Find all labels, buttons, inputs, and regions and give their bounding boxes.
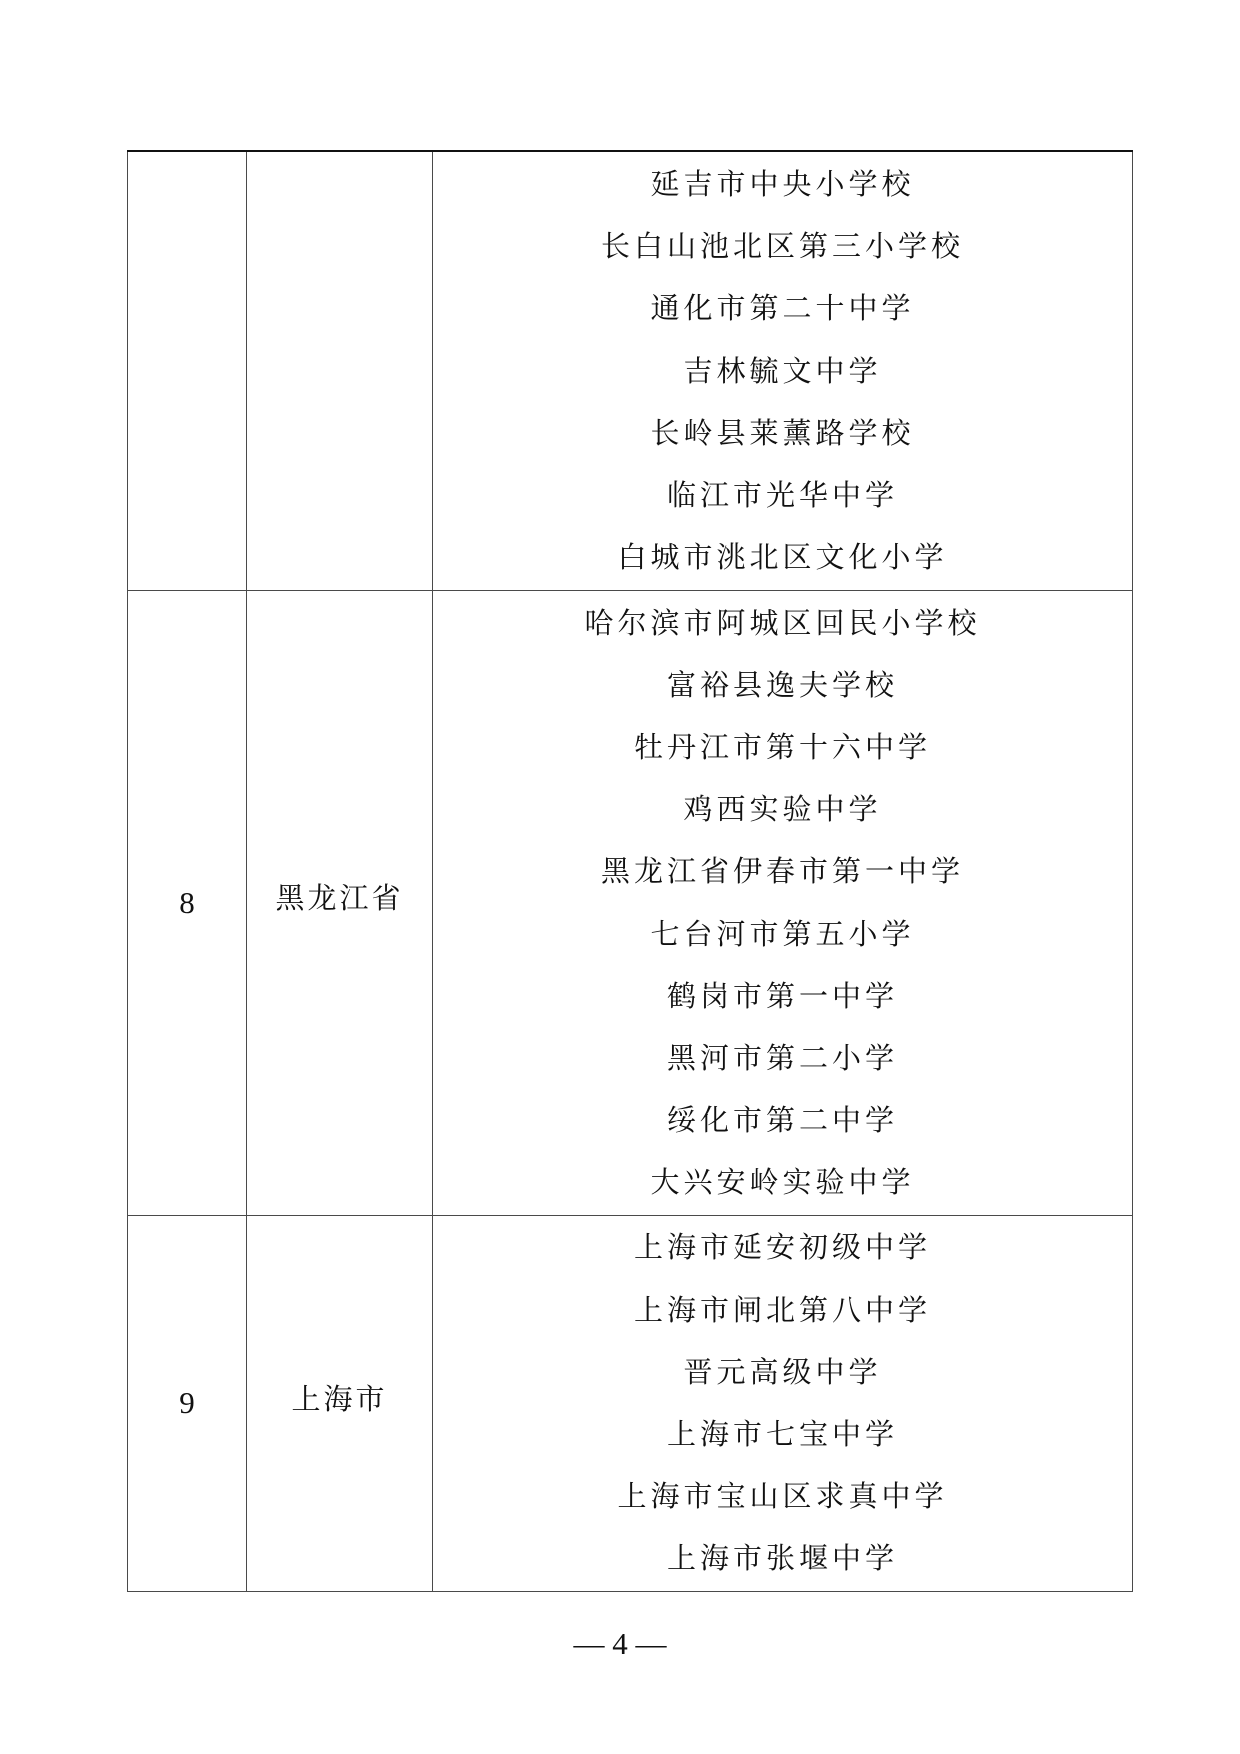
school-name: 上海市七宝中学 [433, 1403, 1132, 1465]
table-row: 9 上海市 上海市延安初级中学 上海市闸北第八中学 晋元高级中学 上海市七宝中学… [128, 1215, 1133, 1591]
school-name: 上海市宝山区求真中学 [433, 1465, 1132, 1527]
school-name: 上海市张堰中学 [433, 1527, 1132, 1589]
school-name: 七台河市第五小学 [433, 903, 1132, 965]
table-row: 8 黑龙江省 哈尔滨市阿城区回民小学校 富裕县逸夫学校 牡丹江市第十六中学 鸡西… [128, 590, 1133, 1215]
school-name: 上海市延安初级中学 [433, 1216, 1132, 1278]
index-cell [128, 151, 247, 590]
page-number: — 4 — [0, 1626, 1240, 1662]
schools-cell: 哈尔滨市阿城区回民小学校 富裕县逸夫学校 牡丹江市第十六中学 鸡西实验中学 黑龙… [433, 590, 1133, 1215]
province-cell: 上海市 [247, 1215, 433, 1591]
school-name: 鹤岗市第一中学 [433, 965, 1132, 1027]
school-name: 鸡西实验中学 [433, 778, 1132, 840]
school-name: 通化市第二十中学 [433, 277, 1132, 339]
school-name: 黑河市第二小学 [433, 1027, 1132, 1089]
school-name: 大兴安岭实验中学 [433, 1151, 1132, 1213]
school-name: 吉林毓文中学 [433, 340, 1132, 402]
index-cell: 8 [128, 590, 247, 1215]
school-name: 白城市洮北区文化小学 [433, 526, 1132, 588]
province-cell [247, 151, 433, 590]
school-name: 黑龙江省伊春市第一中学 [433, 840, 1132, 902]
table-row: 延吉市中央小学校 长白山池北区第三小学校 通化市第二十中学 吉林毓文中学 长岭县… [128, 151, 1133, 590]
schools-cell: 延吉市中央小学校 长白山池北区第三小学校 通化市第二十中学 吉林毓文中学 长岭县… [433, 151, 1133, 590]
school-name: 延吉市中央小学校 [433, 153, 1132, 215]
school-name: 晋元高级中学 [433, 1341, 1132, 1403]
index-cell: 9 [128, 1215, 247, 1591]
school-name: 上海市闸北第八中学 [433, 1279, 1132, 1341]
school-name: 富裕县逸夫学校 [433, 654, 1132, 716]
school-name: 长白山池北区第三小学校 [433, 215, 1132, 277]
school-name: 临江市光华中学 [433, 464, 1132, 526]
school-name: 绥化市第二中学 [433, 1089, 1132, 1151]
province-cell: 黑龙江省 [247, 590, 433, 1215]
school-name: 哈尔滨市阿城区回民小学校 [433, 592, 1132, 654]
school-name: 牡丹江市第十六中学 [433, 716, 1132, 778]
school-name: 长岭县莱薰路学校 [433, 402, 1132, 464]
schools-cell: 上海市延安初级中学 上海市闸北第八中学 晋元高级中学 上海市七宝中学 上海市宝山… [433, 1215, 1133, 1591]
schools-table: 延吉市中央小学校 长白山池北区第三小学校 通化市第二十中学 吉林毓文中学 长岭县… [127, 150, 1133, 1592]
